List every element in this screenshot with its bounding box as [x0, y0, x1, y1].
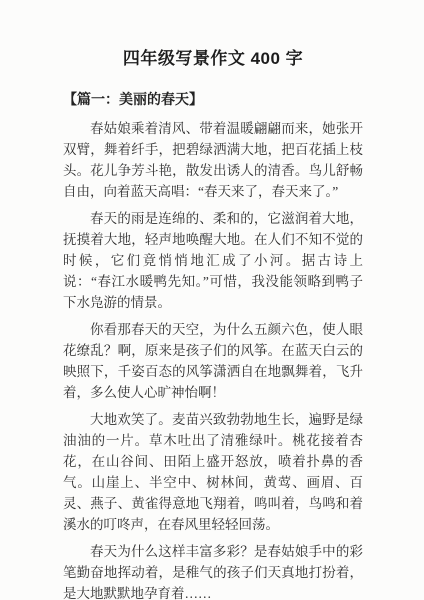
essay-paragraph: 春天为什么这样丰富多彩？是春姑娘手中的彩笔勤奋地挥动着，是稚气的孩子们天真地打扮…: [63, 541, 363, 600]
document-title: 四年级写景作文 400 字: [63, 44, 363, 69]
document-page: 四年级写景作文 400 字 【篇一：美丽的春天】 春姑娘乘着清风、带着温暖翩翩而…: [0, 0, 424, 600]
essay-paragraph: 春天的雨是连绵的、柔和的，它滋润着大地，抚摸着大地，轻声地唤醒大地。在人们不知不…: [63, 208, 363, 313]
section-heading: 【篇一：美丽的春天】: [63, 89, 363, 109]
essay-paragraph: 春姑娘乘着清风、带着温暖翩翩而来，她张开双臂，舞着纤手，把碧绿洒满大地，把百花插…: [63, 118, 363, 202]
essay-body: 春姑娘乘着清风、带着温暖翩翩而来，她张开双臂，舞着纤手，把碧绿洒满大地，把百花插…: [63, 118, 363, 600]
essay-paragraph: 大地欢笑了。麦苗兴致勃勃地生长，遍野是绿油油的一片。草木吐出了清雅绿叶。桃花接着…: [63, 409, 363, 535]
essay-paragraph: 你看那春天的天空，为什么五颜六色，使人眼花缭乱？啊，原来是孩子们的风筝。在蓝天白…: [63, 319, 363, 403]
